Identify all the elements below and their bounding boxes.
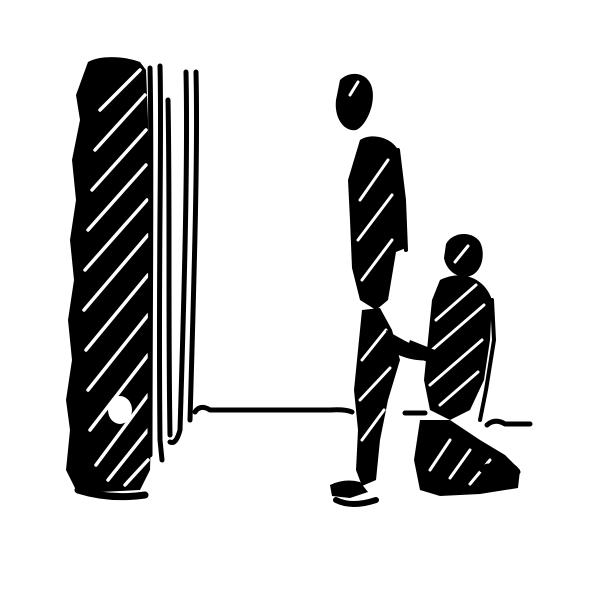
standing-figure	[330, 74, 430, 504]
kneeling-figure	[406, 234, 520, 496]
ink-sketch	[0, 0, 600, 600]
ink-sketch-canvas	[0, 0, 600, 600]
pillar	[66, 57, 197, 497]
